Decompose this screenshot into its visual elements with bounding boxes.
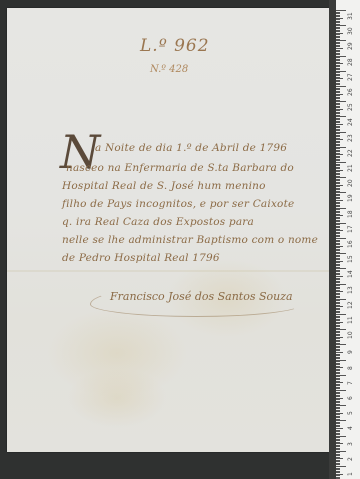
ruler-label: 2 [347, 457, 354, 461]
ruler-label: 9 [347, 351, 354, 355]
ruler-label: 26 [347, 88, 354, 96]
ruler-label: 30 [347, 28, 354, 36]
ruler-label: 7 [347, 381, 354, 385]
ruler-label: 3 [347, 442, 354, 446]
ruler-label: 22 [347, 149, 354, 157]
ruler-label: 28 [347, 58, 354, 66]
ruler-label: 31 [347, 12, 354, 20]
ruler-label: 4 [347, 427, 354, 431]
ruler-label: 18 [347, 210, 354, 218]
ruler-label: 6 [347, 396, 354, 400]
reference-number: L.º 962 [140, 36, 210, 56]
ruler-label: 5 [347, 411, 354, 415]
ruler-label: 16 [347, 240, 354, 248]
text-line-3: Hospital Real de S. José hum menino [62, 180, 266, 192]
ruler-label: 23 [347, 134, 354, 142]
ruler-label: 14 [347, 271, 354, 279]
ruler-label: 15 [347, 256, 354, 264]
ruler-label: 20 [347, 180, 354, 188]
ruler-label: 19 [347, 195, 354, 203]
text-line-7: de Pedro Hospital Real 1796 [62, 252, 220, 264]
ruler-label: 17 [347, 225, 354, 233]
ruler-label: 25 [347, 104, 354, 112]
text-line-5: q. ira Real Caza dos Expostos para [62, 216, 254, 228]
ruler-label: 12 [347, 301, 354, 309]
ruler-label: 10 [347, 332, 354, 340]
ruler-label: 13 [347, 286, 354, 294]
measurement-ruler: 3130292827262524232221201918171615141312… [336, 0, 360, 479]
ruler-label: 1 [347, 472, 354, 476]
ruler-label: 8 [347, 366, 354, 370]
text-line-4: filho de Pays incognitos, e por ser Caix… [62, 198, 294, 210]
text-line-1: a Noite de dia 1.º de Abril de 1796 [95, 142, 287, 154]
text-line-6: nelle se lhe administrar Baptismo com o … [62, 234, 318, 246]
reference-sub-number: N.º 428 [150, 64, 188, 75]
ruler-label: 21 [347, 164, 354, 172]
paper-stain [67, 368, 167, 428]
ruler-label: 24 [347, 119, 354, 127]
signature: Francisco José dos Santos Souza [110, 290, 293, 303]
ruler-label: 11 [347, 316, 354, 324]
ruler-label: 27 [347, 73, 354, 81]
ruler-label: 29 [347, 43, 354, 51]
text-line-2: nasceo na Enfermaria de S.ta Barbara do [66, 162, 294, 174]
